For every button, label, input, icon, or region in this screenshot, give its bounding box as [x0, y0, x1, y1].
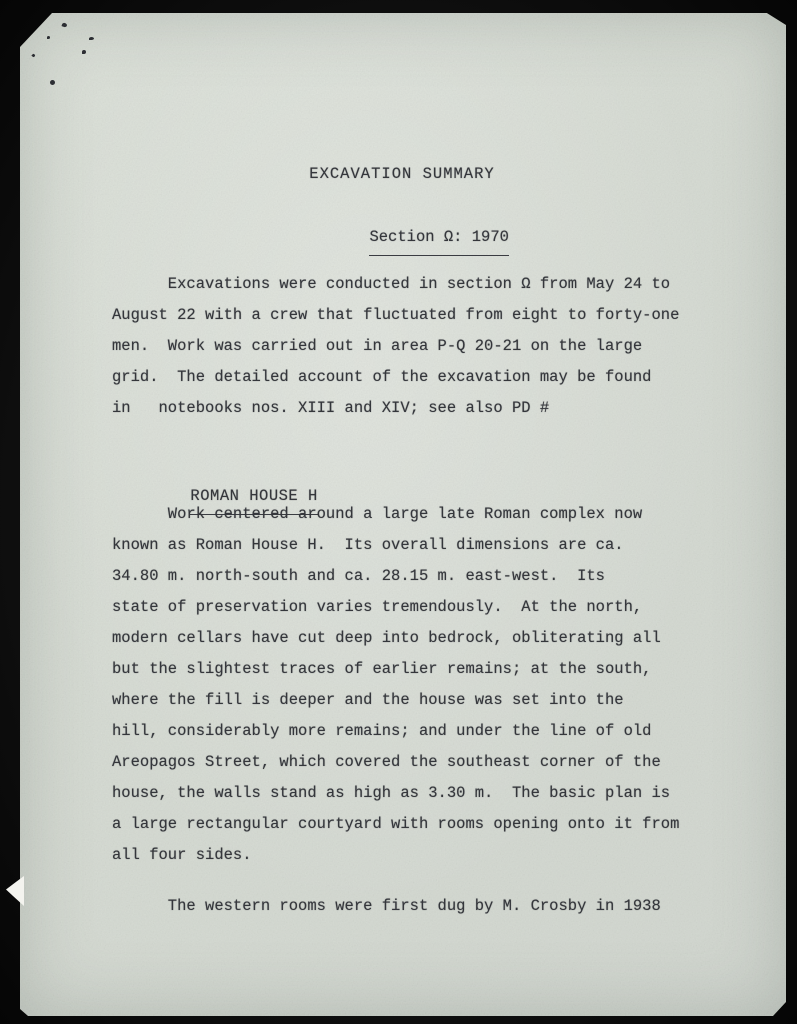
paragraph-roman-house: Work centered around a large late Roman … — [112, 499, 692, 871]
text-line: hill, considerably more remains; and und… — [112, 716, 692, 747]
text-line: a large rectangular courtyard with rooms… — [112, 809, 692, 840]
text-line: where the fill is deeper and the house w… — [112, 685, 692, 716]
ink-speck — [50, 80, 55, 85]
text-line: modern cellars have cut deep into bedroc… — [112, 623, 692, 654]
text-line: house, the walls stand as high as 3.30 m… — [112, 778, 692, 809]
text-line: 34.80 m. north-south and ca. 28.15 m. ea… — [112, 561, 692, 592]
document-page: EXCAVATION SUMMARY Section Ω: 1970 Excav… — [20, 13, 786, 1016]
text-line: The western rooms were first dug by M. C… — [112, 891, 692, 922]
photo-background: EXCAVATION SUMMARY Section Ω: 1970 Excav… — [0, 0, 797, 1024]
ink-speck — [47, 36, 50, 39]
ink-speck — [61, 22, 67, 27]
text-line: in notebooks nos. XIII and XIV; see also… — [112, 393, 692, 424]
ink-speck — [31, 53, 35, 57]
text-line: grid. The detailed account of the excava… — [112, 362, 692, 393]
paragraph-intro: Excavations were conducted in section Ω … — [112, 269, 692, 424]
ink-speck — [82, 50, 86, 54]
text-line: all four sides. — [112, 840, 692, 871]
paragraph-closing: The western rooms were first dug by M. C… — [112, 891, 692, 922]
text-line: August 22 with a crew that fluctuated fr… — [112, 300, 692, 331]
ink-speck — [89, 37, 94, 40]
text-line: but the slightest traces of earlier rema… — [112, 654, 692, 685]
paper-tear — [6, 876, 24, 906]
text-line: Work centered around a large late Roman … — [112, 499, 692, 530]
document-title: EXCAVATION SUMMARY — [112, 159, 692, 190]
text-line: known as Roman House H. Its overall dime… — [112, 530, 692, 561]
text-line: state of preservation varies tremendousl… — [112, 592, 692, 623]
text-line: Areopagos Street, which covered the sout… — [112, 747, 692, 778]
text-line: men. Work was carried out in area P-Q 20… — [112, 331, 692, 362]
text-line: Excavations were conducted in section Ω … — [112, 269, 692, 300]
document-subtitle: Section Ω: 1970 — [369, 222, 509, 256]
